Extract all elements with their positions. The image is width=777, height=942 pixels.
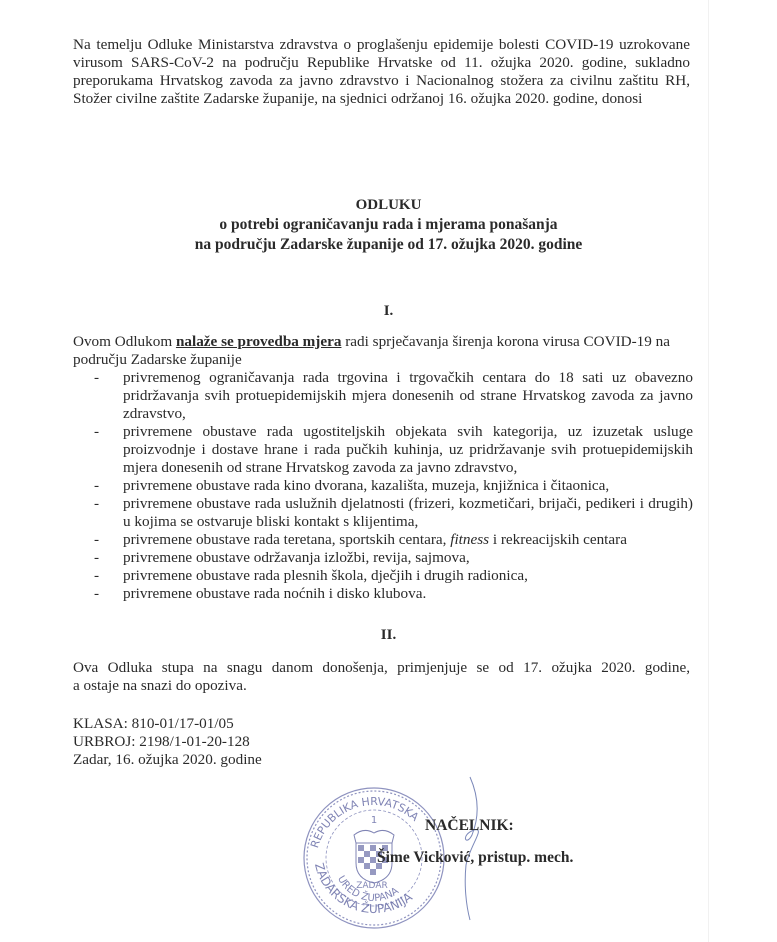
- title-line-1: o potrebi ograničavanju rada i mjerama p…: [0, 215, 777, 235]
- measure-item: privremene obustave rada uslužnih djelat…: [73, 495, 693, 531]
- scan-fold-line: [708, 0, 709, 942]
- klasa: KLASA: 810-01/17-01/05: [73, 715, 262, 733]
- preamble-text: Na temelju Odluke Ministarstva zdravstva…: [73, 36, 690, 108]
- measures-list: privremenog ograničavanja rada trgovina …: [73, 369, 693, 603]
- measure-item: privremene obustave rada noćnih i disko …: [73, 585, 693, 603]
- measure-item: privremenog ograničavanja rada trgovina …: [73, 369, 693, 423]
- section-2-line-1: Ova Odluka stupa na snagu danom donošenj…: [73, 659, 690, 677]
- title-main: ODLUKU: [0, 195, 777, 215]
- measure-text: privremene obustave rada teretana, sport…: [123, 531, 450, 548]
- section-2-text: Ova Odluka stupa na snagu danom donošenj…: [73, 659, 690, 695]
- measure-item: privremene obustave rada plesnih škola, …: [73, 567, 693, 585]
- section-1-lead: Ovom Odlukom nalaže se provedba mjera ra…: [73, 333, 693, 369]
- preamble: Na temelju Odluke Ministarstva zdravstva…: [73, 36, 690, 108]
- measure-item: privremene obustave rada ugostiteljskih …: [73, 423, 693, 477]
- title-line-2: na području Zadarske županije od 17. ožu…: [0, 235, 777, 255]
- reference-block: KLASA: 810-01/17-01/05 URBROJ: 2198/1-01…: [73, 715, 262, 769]
- measure-item: privremene obustave održavanja izložbi, …: [73, 549, 693, 567]
- section-1-number: I.: [0, 302, 777, 320]
- signatory-name: Šime Vicković, pristup. mech.: [377, 849, 573, 867]
- measure-item: privremene obustave rada teretana, sport…: [73, 531, 693, 549]
- place-date: Zadar, 16. ožujka 2020. godine: [73, 751, 262, 769]
- decision-title: ODLUKU o potrebi ograničavanju rada i mj…: [0, 195, 777, 255]
- measure-item: privremene obustave rada kino dvorana, k…: [73, 477, 693, 495]
- signatory-title: NAČELNIK:: [425, 817, 514, 835]
- svg-text:REPUBLIKA HRVATSKA: REPUBLIKA HRVATSKA: [308, 795, 421, 850]
- lead-before: Ovom Odlukom: [73, 333, 176, 350]
- measure-text: i rekreacijskih centara: [489, 531, 627, 548]
- svg-text:1: 1: [371, 815, 377, 826]
- measure-italic: fitness: [450, 531, 489, 548]
- section-2-number: II.: [0, 626, 777, 644]
- lead-highlight: nalaže se provedba mjera: [176, 333, 342, 350]
- section-2-line-2: a ostaje na snazi do opoziva.: [73, 677, 690, 695]
- urbroj: URBROJ: 2198/1-01-20-128: [73, 733, 262, 751]
